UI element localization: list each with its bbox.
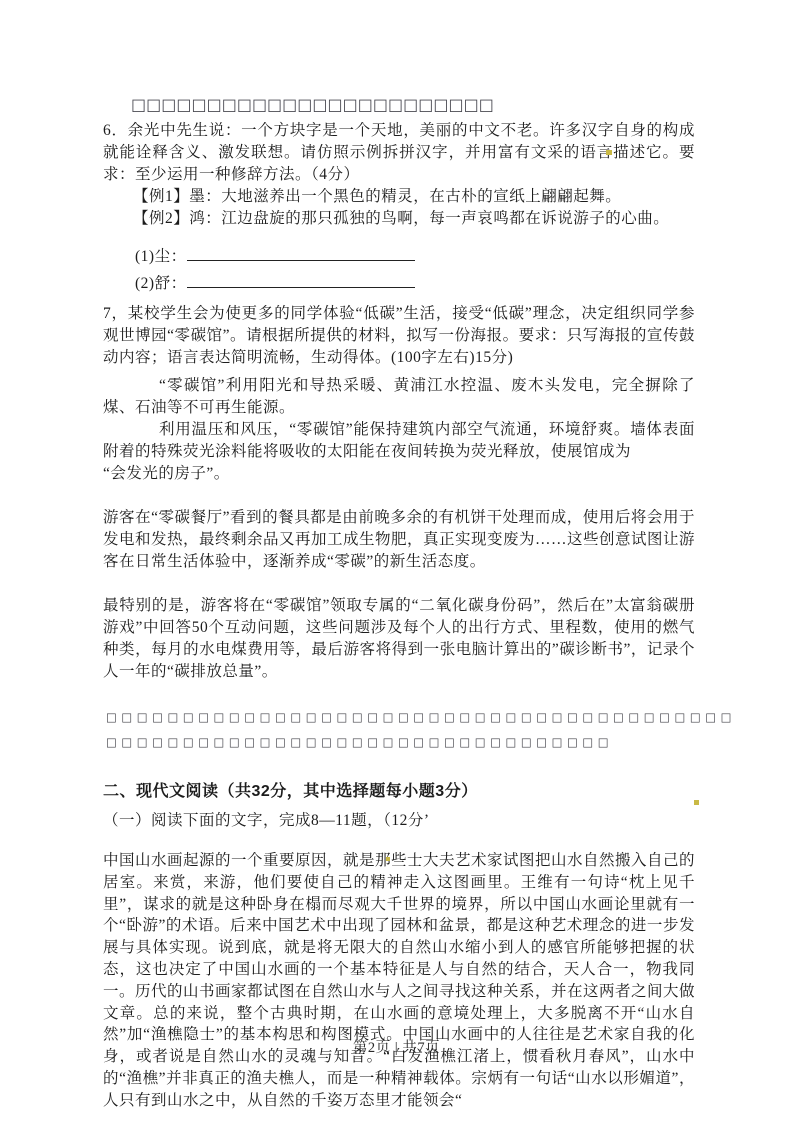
section-2-heading: 二、现代文阅读（共32分，其中选择题每小题3分） (103, 781, 695, 803)
proofmark-yellow-3 (386, 857, 390, 861)
page-content: □□□□□□□□□□□□□□□□□□□□□□□□ 6．余光中先生说：一个方块字是… (0, 0, 793, 1112)
question-7-material-3: 游客在“零碳餐厅”看到的餐具都是由前晚多余的有机饼干处理而成，使用后将会用于发电… (103, 507, 695, 573)
proofmark-yellow-2 (694, 800, 699, 805)
answer-blank-line (187, 272, 415, 288)
question-7-material-4: 最特别的是，游客将在“零碳馆”领取专属的“二氧化碳身份码”，然后在”太富翁碳册游… (103, 595, 695, 683)
page-number-footer: 第2页 | 共7页 (0, 1036, 793, 1057)
answer-grid-row-1: □□□□□□□□□□□□□□□□□□□□□□□□□□□□□□□□□□□□□□□□… (106, 705, 746, 730)
reading-passage: 中国山水画起源的一个重要原因，就是那些士大夫艺术家试图把山水自然搬入自己的居室。… (103, 850, 695, 1112)
exam-document-page: □□□□□□□□□□□□□□□□□□□□□□□□ 6．余光中先生说：一个方块字是… (0, 0, 793, 1122)
question-7-stem: 7，某校学生会为使更多的同学体验“低碳”生活，接受“低碳”理念，决定组织同学参观… (103, 303, 695, 369)
question-7-material-1: “零碳馆”利用阳光和导热采暖、黄浦江水控温、废木头发电，完全摒除了煤、石油等不可… (103, 375, 695, 419)
blank-2-label: (2)舒： (135, 275, 187, 292)
answer-grid-row-2: □□□□□□□□□□□□□□□□□□□□□□□□□□□□□□□□□ (106, 730, 746, 755)
question-6-blank-1: (1)尘： (135, 245, 695, 269)
answer-blank-line (187, 245, 415, 261)
question-6-blank-2: (2)舒： (135, 272, 695, 296)
question-6-example-1: 【例1】墨：大地滋养出一个黑色的精灵，在古朴的宣纸上翩翩起舞。 (133, 186, 695, 208)
question-7-material-2b: “会发光的房子”。 (103, 463, 695, 485)
question-6-example-2: 【例2】鸿：江边盘旋的那只孤独的鸟啊，每一声哀鸣都在诉说游子的心曲。 (133, 208, 695, 230)
section-2-subheading: （一）阅读下面的文字，完成8—11题，（12分’ (103, 810, 695, 832)
answer-grid-row-top: □□□□□□□□□□□□□□□□□□□□□□□□ (131, 96, 793, 114)
blank-1-label: (1)尘： (135, 248, 187, 265)
proofmark-yellow-1 (606, 150, 612, 155)
question-7-material-2: 利用温压和风压，“零碳馆”能保持建筑内部空气流通，环境舒爽。墙体表面附着的特殊荧… (103, 419, 695, 463)
